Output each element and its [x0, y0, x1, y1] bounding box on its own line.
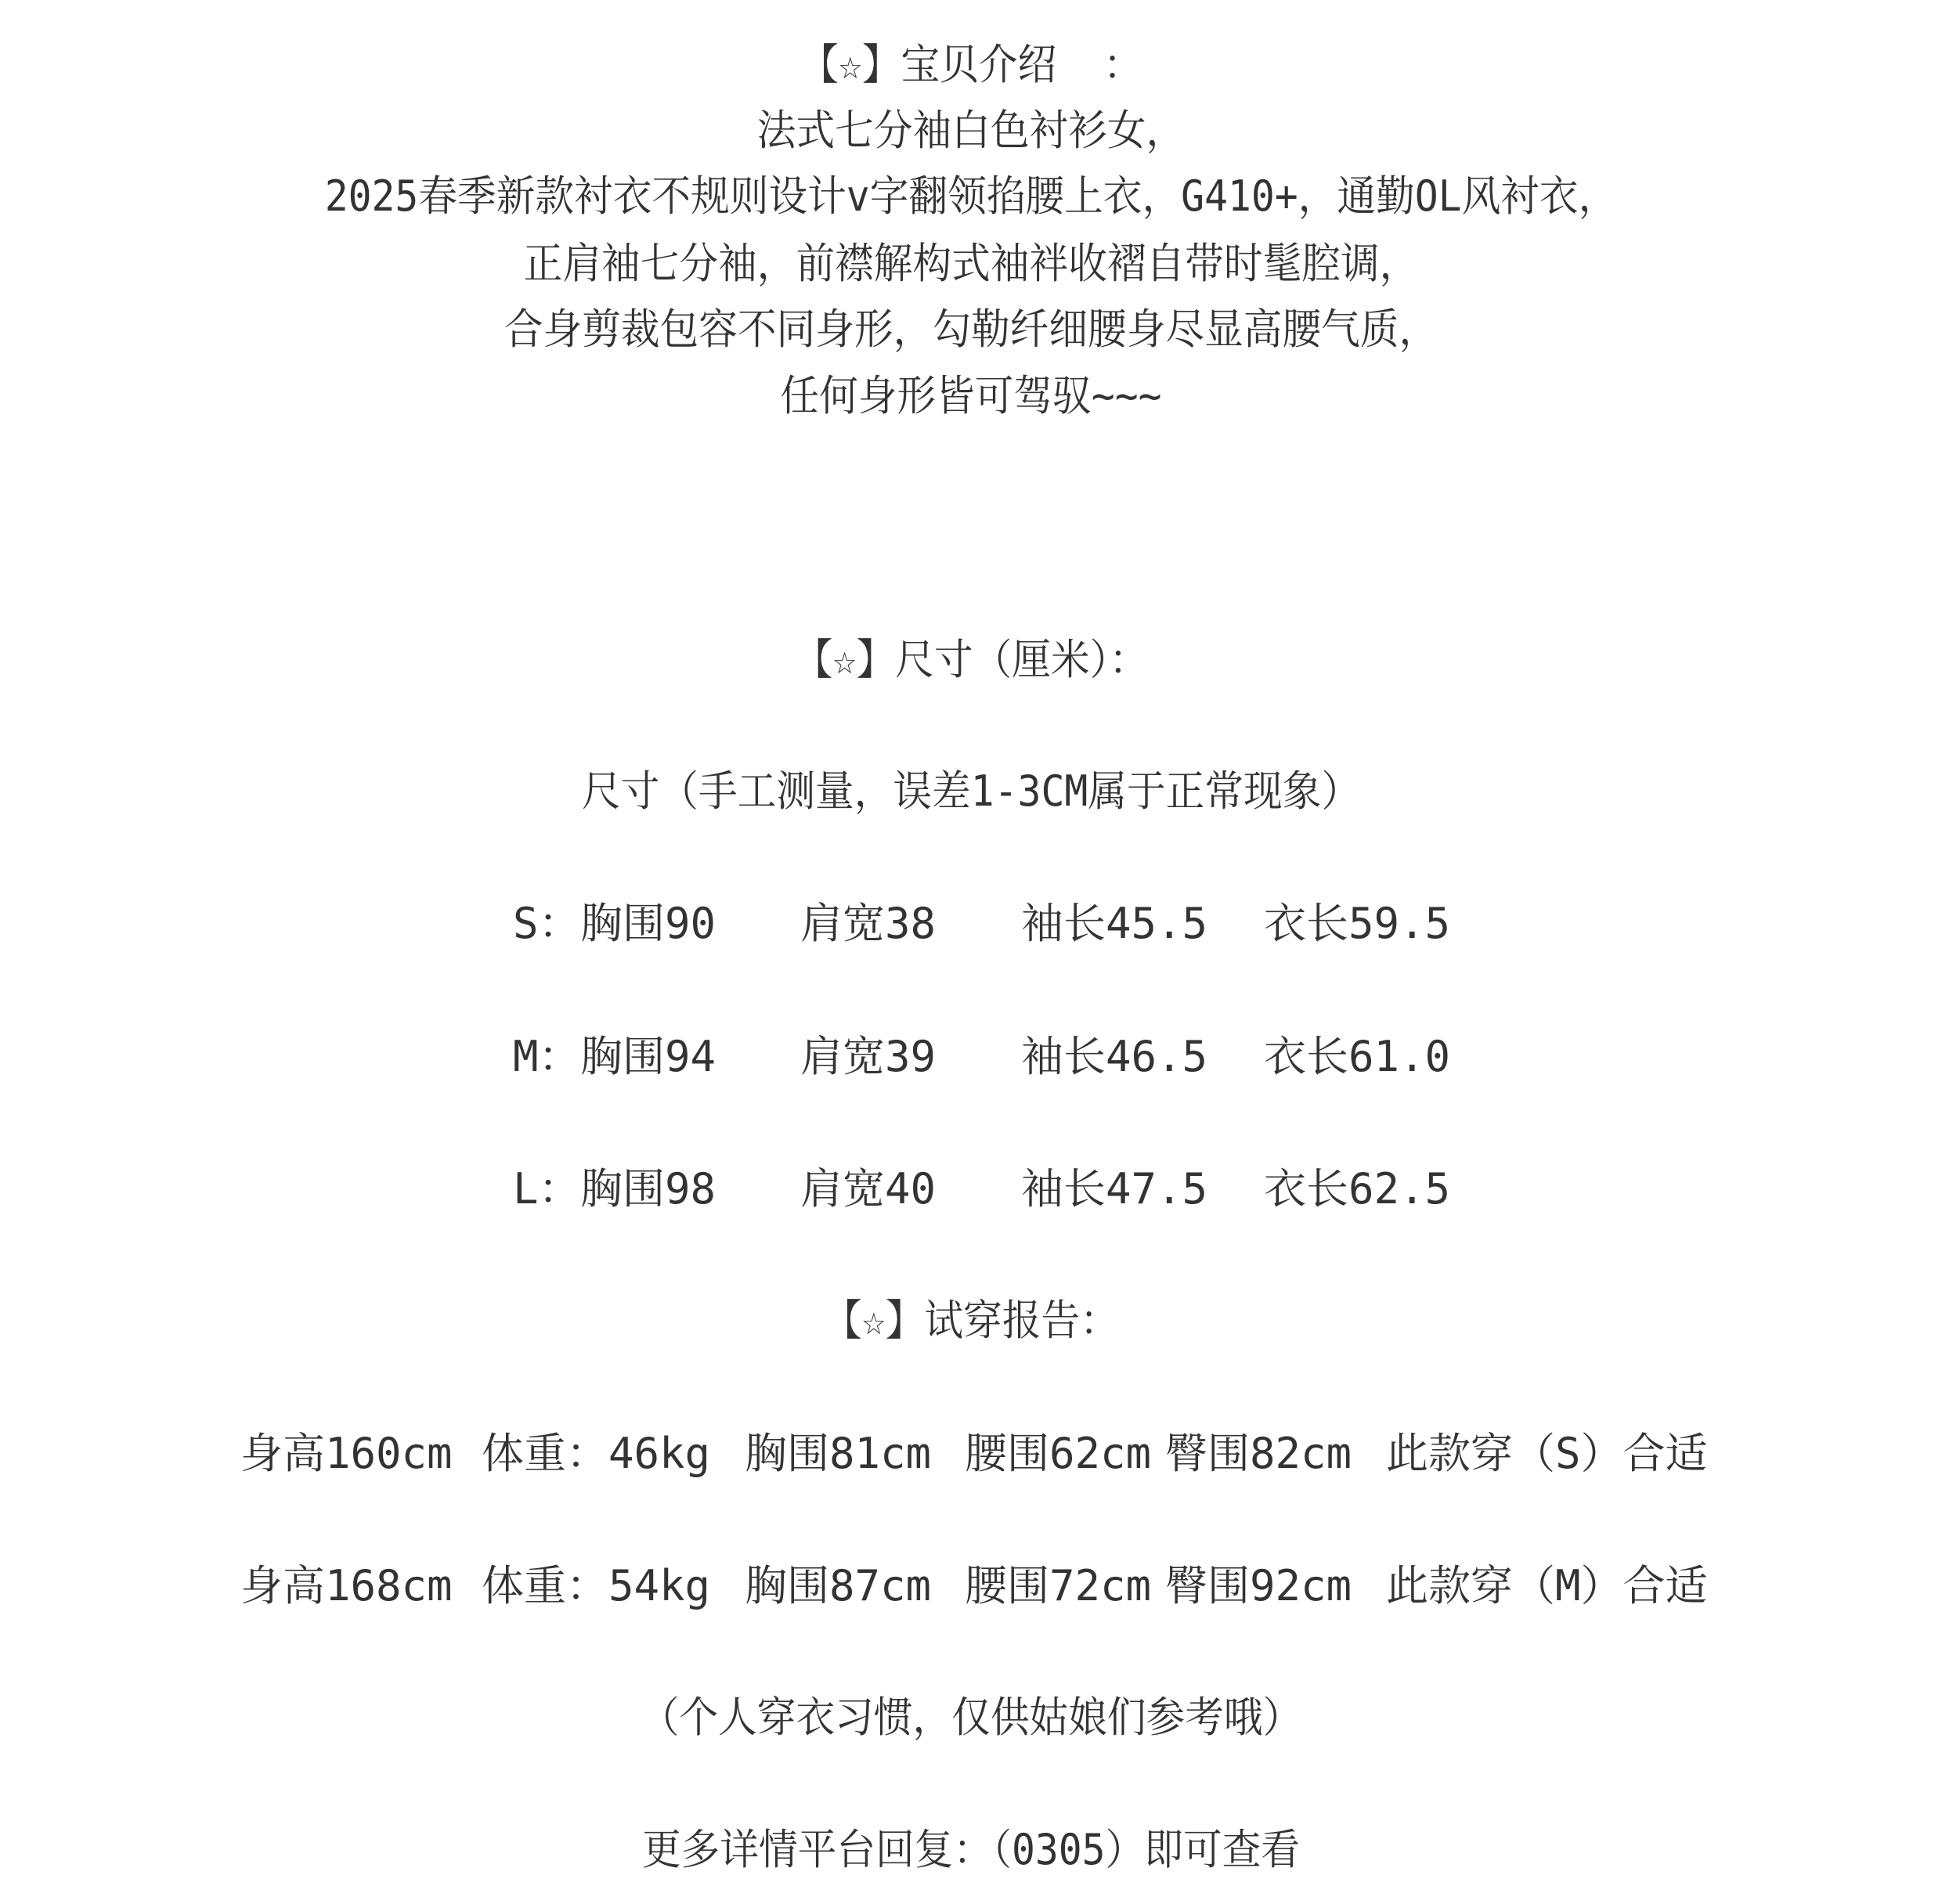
trial-note: （个人穿衣习惯，仅供姑娘们参考哦） [78, 1685, 1864, 1751]
intro-line: 任何身形皆可驾驭~~~ [78, 363, 1864, 429]
trial-hip: 臀围92cm [1165, 1553, 1352, 1619]
size-shoulder: 肩宽38 [800, 891, 936, 957]
trial-waist: 腰围72cm [965, 1553, 1151, 1619]
size-length: 衣长62.5 [1264, 1156, 1450, 1222]
size-length: 衣长59.5 [1264, 891, 1450, 957]
trial-waist: 腰围62cm [965, 1421, 1151, 1487]
trial-height: 身高160cm [240, 1421, 453, 1487]
trial-bust: 胸围87cm [745, 1553, 931, 1619]
size-shoulder: 肩宽40 [800, 1156, 936, 1222]
size-sleeve: 袖长47.5 [1021, 1156, 1207, 1222]
size-label: L： [513, 1156, 581, 1222]
trial-fit: 此款穿（M）合适 [1386, 1553, 1708, 1619]
intro-line: 合身剪裁包容不同身形，勾勒纤细腰身尽显高腰气质， [78, 297, 1864, 362]
trial-hip: 臀围82cm [1165, 1421, 1352, 1487]
size-chest: 胸围98 [580, 1156, 716, 1222]
size-chest: 胸围94 [580, 1024, 716, 1090]
size-heading: 【☆】尺寸（厘米）： [78, 627, 1864, 693]
size-shoulder: 肩宽39 [800, 1024, 936, 1090]
intro-heading: 【☆】宝贝介绍 ： [78, 32, 1864, 98]
intro-line: 法式七分袖白色衬衫女， [78, 98, 1864, 164]
trial-weight: 体重：46kg [482, 1421, 710, 1487]
trial-bust: 胸围81cm [745, 1421, 931, 1487]
intro-line: 正肩袖七分袖，前襟解构式袖袢收褶自带时髦腔调， [78, 231, 1864, 297]
size-chest: 胸围90 [580, 891, 716, 957]
trial-height: 身高168cm [240, 1553, 453, 1619]
size-sleeve: 袖长45.5 [1021, 891, 1207, 957]
intro-line: 2025春季新款衬衣不规则设计v字翻领掐腰上衣，G410+，通勤OL风衬衣， [78, 164, 1864, 229]
size-length: 衣长61.0 [1264, 1024, 1450, 1090]
footer-text: 更多详情平台回复：（0305）即可查看 [78, 1817, 1864, 1883]
trial-weight: 体重：54kg [482, 1553, 710, 1619]
size-note: 尺寸（手工测量，误差1-3CM属于正常现象） [78, 759, 1864, 824]
size-label: S： [513, 891, 581, 957]
trial-heading: 【☆】试穿报告： [78, 1288, 1864, 1354]
trial-fit: 此款穿（S）合适 [1386, 1421, 1708, 1487]
size-sleeve: 袖长46.5 [1021, 1024, 1207, 1090]
size-label: M： [513, 1024, 581, 1090]
